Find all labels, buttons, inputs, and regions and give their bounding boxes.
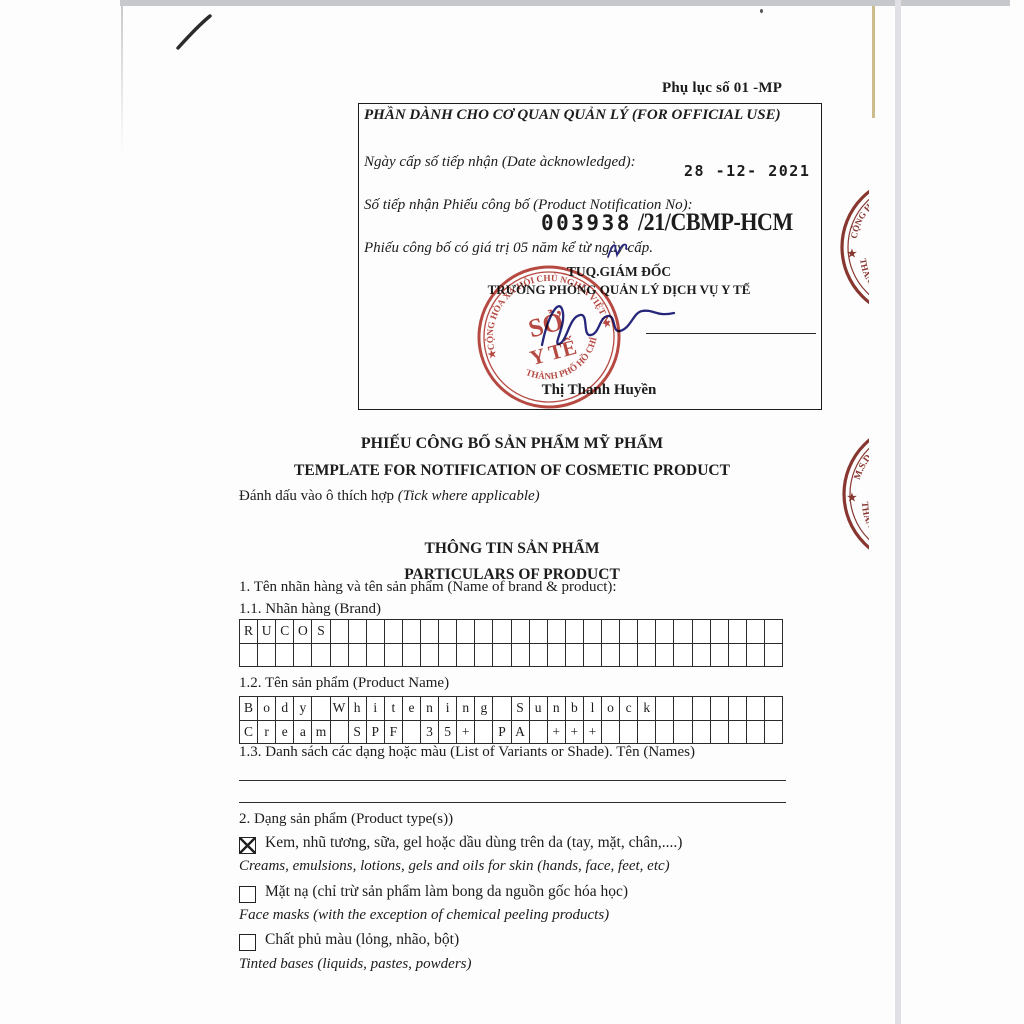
grid-cell: + [457, 721, 475, 745]
grid-cell [693, 721, 711, 745]
grid-cell [711, 697, 729, 721]
grid-cell [240, 644, 258, 668]
grid-cell [584, 644, 602, 668]
grid-cell [530, 620, 548, 644]
signature [536, 287, 678, 359]
notification-number: 003938 [541, 211, 632, 235]
grid-cell: A [512, 721, 530, 745]
grid-cell: h [349, 697, 367, 721]
grid-cell: S [312, 620, 330, 644]
grid-cell [512, 620, 530, 644]
tick-instruction-vi: Đánh dấu vào ô thích hợp [239, 488, 398, 504]
grid-cell: P [493, 721, 511, 745]
grid-cell: e [276, 721, 294, 745]
brand-character-grid: RUCOS [239, 619, 783, 667]
grid-cell [693, 697, 711, 721]
grid-cell: m [312, 721, 330, 745]
variants-label: 1.3. Danh sách các dạng hoặc màu (List o… [239, 744, 695, 761]
grid-cell [439, 644, 457, 668]
svg-text:CỘNG HÒA XÃ HỘI CHỦ NGHĨA VIỆT: CỘNG HÒA XÃ HỘI CHỦ NGHĨA VIỆT NAM [827, 162, 869, 245]
stamp-star-left: ★ [486, 348, 498, 361]
grid-cell [312, 697, 330, 721]
option-english-face-masks: Face masks (with the exception of chemic… [239, 907, 609, 924]
grid-cell: r [258, 721, 276, 745]
grid-cell [367, 644, 385, 668]
official-use-box: PHẦN DÀNH CHO CƠ QUAN QUẢN LÝ (FOR OFFIC… [358, 103, 822, 410]
scan-edge-top [120, 0, 1010, 6]
grid-cell [674, 697, 692, 721]
grid-cell [548, 620, 566, 644]
grid-cell [493, 697, 511, 721]
grid-cell [349, 644, 367, 668]
grid-cell: g [475, 697, 493, 721]
grid-cell [747, 697, 765, 721]
checkbox-face-masks [239, 886, 256, 903]
grid-cell [421, 644, 439, 668]
option-label-face-masks: Mặt nạ (chỉ trừ sản phẩm làm bong da ngu… [265, 883, 628, 901]
grid-cell [331, 620, 349, 644]
grid-cell [602, 620, 620, 644]
grid-cell [638, 620, 656, 644]
grid-cell [638, 721, 656, 745]
product-type-option-creams: Kem, nhũ tương, sữa, gel hoặc dầu dùng t… [239, 834, 682, 854]
product-name-character-grid: BodyWhiteningSunblockCreamSPF35+PA+++ [239, 696, 783, 744]
grid-cell: n [421, 697, 439, 721]
grid-cell: y [294, 697, 312, 721]
grid-cell: i [439, 697, 457, 721]
section2-heading: 2. Dạng sản phẩm (Product type(s)) [239, 811, 453, 828]
grid-cell [729, 644, 747, 668]
form-title-vi: PHIẾU CÔNG BỐ SẢN PHẨM MỸ PHẨM [237, 435, 787, 453]
grid-cell [656, 620, 674, 644]
grid-cell: F [385, 721, 403, 745]
grid-cell: i [367, 697, 385, 721]
grid-cell [276, 644, 294, 668]
pen-slash-mark [172, 12, 216, 54]
grid-cell [403, 644, 421, 668]
grid-cell [349, 620, 367, 644]
grid-cell [693, 620, 711, 644]
grid-cell [566, 620, 584, 644]
grid-cell [403, 721, 421, 745]
grid-cell [656, 644, 674, 668]
grid-cell [602, 644, 620, 668]
scanned-document: Phụ lục số 01 -MP PHẦN DÀNH CHO CƠ QUAN … [0, 0, 1024, 1024]
grid-cell [475, 620, 493, 644]
grid-cell [765, 697, 783, 721]
edge-stamp-government: CỘNG HÒA XÃ HỘI CHỦ NGHĨA VIỆT NAM THÀNH… [822, 162, 869, 332]
date-stamp: 28 -12- 2021 [684, 162, 810, 180]
option-english-creams: Creams, emulsions, lotions, gels and oil… [239, 858, 670, 875]
grid-cell [656, 721, 674, 745]
scan-edge-right-tan [872, 6, 875, 118]
grid-cell [602, 721, 620, 745]
grid-cell: 3 [421, 721, 439, 745]
grid-cell: c [620, 697, 638, 721]
notification-number-line: 003938 /21/CBMP-HCM [541, 209, 814, 237]
grid-cell [656, 697, 674, 721]
grid-cell [493, 620, 511, 644]
grid-cell: b [566, 697, 584, 721]
appendix-label: Phụ lục số 01 -MP [662, 80, 782, 97]
grid-cell [457, 644, 475, 668]
grid-cell: 5 [439, 721, 457, 745]
grid-cell [729, 721, 747, 745]
grid-cell: W [331, 697, 349, 721]
grid-cell: t [385, 697, 403, 721]
grid-cell [693, 644, 711, 668]
grid-cell [765, 721, 783, 745]
grid-cell: S [512, 697, 530, 721]
grid-cell [331, 721, 349, 745]
checkbox-tinted-bases [239, 934, 256, 951]
grid-cell: k [638, 697, 656, 721]
grid-cell [711, 620, 729, 644]
grid-cell [765, 620, 783, 644]
grid-cell [711, 644, 729, 668]
grid-cell: + [548, 721, 566, 745]
grid-cell [493, 644, 511, 668]
grid-cell [258, 644, 276, 668]
grid-cell: e [403, 697, 421, 721]
grid-cell: R [240, 620, 258, 644]
grid-cell [475, 644, 493, 668]
grid-cell [674, 644, 692, 668]
grid-cell: U [258, 620, 276, 644]
info-title-vi: THÔNG TIN SẢN PHẨM [237, 540, 787, 558]
grid-cell [312, 644, 330, 668]
product-type-option-tinted-bases: Chất phủ màu (lỏng, nhão, bột) [239, 931, 459, 951]
grid-cell [620, 644, 638, 668]
grid-cell [729, 697, 747, 721]
official-use-header: PHẦN DÀNH CHO CƠ QUAN QUẢN LÝ (FOR OFFIC… [364, 107, 781, 124]
checkbox-creams [239, 837, 256, 854]
form-title-en: TEMPLATE FOR NOTIFICATION OF COSMETIC PR… [237, 462, 787, 480]
grid-cell: u [530, 697, 548, 721]
product-type-option-face-masks: Mặt nạ (chỉ trừ sản phẩm làm bong da ngu… [239, 883, 628, 903]
grid-cell [530, 644, 548, 668]
grid-cell: + [584, 721, 602, 745]
grid-cell: d [276, 697, 294, 721]
variants-blank-line-2 [239, 802, 786, 803]
grid-cell: n [457, 697, 475, 721]
grid-cell [638, 644, 656, 668]
brand-label: 1.1. Nhãn hàng (Brand) [239, 601, 381, 618]
grid-cell [584, 620, 602, 644]
edge-stamp-company: M.S.D.N. THÀNH PHỐ HỒ CHÍ MINH ★ [822, 408, 869, 580]
grid-cell: l [584, 697, 602, 721]
grid-cell [747, 620, 765, 644]
date-acknowledged-label: Ngày cấp số tiếp nhận (Date àcknowledged… [364, 154, 636, 171]
variants-blank-line-1 [239, 780, 786, 781]
edge-stamp-a-star: ★ [847, 248, 857, 260]
grid-cell [620, 721, 638, 745]
grid-cell: + [566, 721, 584, 745]
grid-cell [729, 620, 747, 644]
grid-cell: a [294, 721, 312, 745]
grid-cell [620, 620, 638, 644]
edge-stamp-b-star: ★ [847, 492, 857, 504]
option-label-tinted-bases: Chất phủ màu (lỏng, nhão, bột) [265, 931, 459, 949]
grid-cell [765, 644, 783, 668]
grid-cell [385, 620, 403, 644]
grid-cell [566, 644, 584, 668]
grid-cell: o [602, 697, 620, 721]
section1-heading: 1. Tên nhãn hàng và tên sản phẩm (Name o… [239, 579, 617, 596]
scan-edge-left [121, 6, 123, 156]
grid-cell [457, 620, 475, 644]
grid-cell [674, 620, 692, 644]
grid-cell [747, 644, 765, 668]
grid-cell: n [548, 697, 566, 721]
scan-edge-right [895, 0, 901, 1024]
grid-cell: C [240, 721, 258, 745]
scan-speck [760, 9, 763, 13]
grid-cell [711, 721, 729, 745]
grid-cell: B [240, 697, 258, 721]
grid-cell [331, 644, 349, 668]
option-label-creams: Kem, nhũ tương, sữa, gel hoặc dầu dùng t… [265, 834, 682, 852]
grid-cell: O [294, 620, 312, 644]
edge-stamp-a-ring-top: CỘNG HÒA XÃ HỘI CHỦ NGHĨA VIỆT NAM [827, 162, 869, 245]
grid-cell [747, 721, 765, 745]
notification-code: /21/CBMP-HCM [638, 209, 793, 237]
grid-cell [530, 721, 548, 745]
product-name-label: 1.2. Tên sản phẩm (Product Name) [239, 675, 449, 692]
grid-cell [512, 644, 530, 668]
tick-instruction: Đánh dấu vào ô thích hợp (Tick where app… [239, 488, 540, 505]
grid-cell: P [367, 721, 385, 745]
grid-cell [403, 620, 421, 644]
grid-cell [367, 620, 385, 644]
grid-cell [548, 644, 566, 668]
grid-cell: S [349, 721, 367, 745]
tick-instruction-en: (Tick where applicable) [398, 488, 540, 504]
handwritten-initial-mark [605, 240, 629, 260]
grid-cell [439, 620, 457, 644]
grid-cell: C [276, 620, 294, 644]
option-english-tinted-bases: Tinted bases (liquids, pastes, powders) [239, 956, 472, 973]
grid-cell [294, 644, 312, 668]
grid-cell [674, 721, 692, 745]
grid-cell: o [258, 697, 276, 721]
grid-cell [385, 644, 403, 668]
grid-cell [475, 721, 493, 745]
grid-cell [421, 620, 439, 644]
